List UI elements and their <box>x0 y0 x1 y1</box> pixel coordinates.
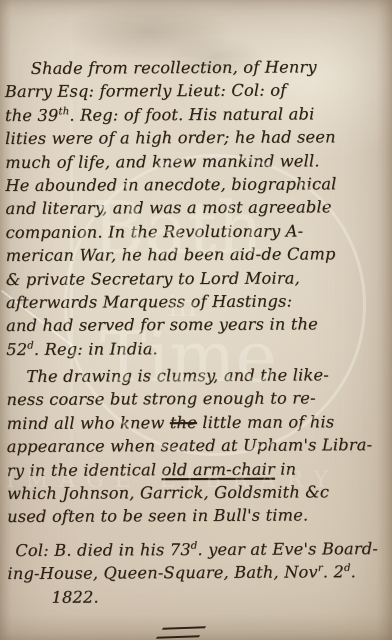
text-line: and literary, and was a most agreeable <box>5 195 385 220</box>
end-flourish <box>156 626 206 638</box>
text-line: & private Secretary to Lord Moira, <box>6 266 386 291</box>
text-line: the 39th. Reg: of foot. His natural abi <box>5 102 385 127</box>
text-line: much of life, and knew mankind well. <box>5 149 385 174</box>
manuscript-text: Shade from recollection, of HenryBarry E… <box>0 0 392 609</box>
text-segment: lities were of a high order; he had seen <box>5 127 336 148</box>
text-segment: 1822. <box>51 587 98 606</box>
text-line: He abounded in anecdote, biographical <box>5 172 385 197</box>
text-segment: which Johnson, Garrick, Goldsmith &c <box>7 482 329 503</box>
text-line: and had served for some years in the <box>6 312 386 337</box>
text-segment: . year at Eve's Board- <box>197 539 378 559</box>
text-segment: used often to be seen in Bull's time. <box>7 506 308 527</box>
text-segment: appearance when seated at Upham's Libra- <box>7 435 373 456</box>
text-line: lities were of a high order; he had seen <box>5 125 385 150</box>
text-line: used often to be seen in Bull's time. <box>7 503 387 528</box>
text-segment: old arm-chair <box>162 459 275 479</box>
text-segment: 52 <box>6 340 27 359</box>
text-segment: Barry Esq: formerly Lieut: Col: of <box>5 81 287 101</box>
text-line: 1822. <box>7 584 387 609</box>
text-line: The drawing is clumsy, and the like- <box>6 363 386 388</box>
text-segment: . 2 <box>323 562 344 581</box>
text-segment: afterwards Marquess of Hastings: <box>6 291 292 311</box>
text-segment: ry in the identical <box>7 460 162 480</box>
text-line: ing-House, Queen-Square, Bath, Novr. 2d. <box>7 560 387 585</box>
text-segment: and had served for some years in the <box>6 315 318 336</box>
text-segment: ing-House, Queen-Square, Bath, Nov <box>7 563 318 584</box>
text-segment: Shade from recollection, of Henry <box>31 57 317 77</box>
text-segment: much of life, and knew mankind well. <box>5 151 320 172</box>
text-segment: . Reg: in India. <box>34 339 158 359</box>
text-segment: He abounded in anecdote, biographical <box>5 174 336 195</box>
text-line: Barry Esq: formerly Lieut: Col: of <box>5 78 385 103</box>
text-segment: merican War, he had been aid-de Camp <box>6 244 336 265</box>
text-segment: mind all who knew <box>7 413 170 433</box>
text-line: mind all who knew the little man of his <box>7 410 387 435</box>
text-segment: companion. In the Revolutionary A- <box>6 221 304 242</box>
text-line: Col: B. died in his 73d. year at Eve's B… <box>7 537 387 562</box>
text-segment: . Reg: of foot. His natural abi <box>69 104 314 124</box>
text-segment: the 39 <box>5 105 59 124</box>
text-segment: ness coarse but strong enough to re- <box>6 389 315 410</box>
text-line: appearance when seated at Upham's Libra- <box>7 433 387 458</box>
text-line: ness coarse but strong enough to re- <box>6 386 386 411</box>
manuscript-page: Shade from recollection, of HenryBarry E… <box>0 0 392 640</box>
text-segment: The drawing is clumsy, and the like- <box>26 365 329 386</box>
text-segment: and literary, and was a most agreeable <box>5 198 331 219</box>
text-line: which Johnson, Garrick, Goldsmith &c <box>7 480 387 505</box>
text-segment: little man of his <box>197 412 334 432</box>
text-segment: the <box>170 413 197 432</box>
text-segment: & private Secretary to Lord Moira, <box>6 268 300 289</box>
text-line: afterwards Marquess of Hastings: <box>6 289 386 314</box>
text-segment: th <box>58 106 69 117</box>
text-line: 52d. Reg: in India. <box>6 336 386 361</box>
text-segment: Col: B. died in his 73 <box>15 540 191 560</box>
text-line: companion. In the Revolutionary A- <box>6 219 386 244</box>
text-segment: in <box>275 459 296 478</box>
text-segment: . <box>351 562 356 581</box>
text-line: ry in the identical old arm-chair in <box>7 457 387 482</box>
text-line: merican War, he had been aid-de Camp <box>6 242 386 267</box>
text-line: Shade from recollection, of Henry <box>5 55 385 80</box>
